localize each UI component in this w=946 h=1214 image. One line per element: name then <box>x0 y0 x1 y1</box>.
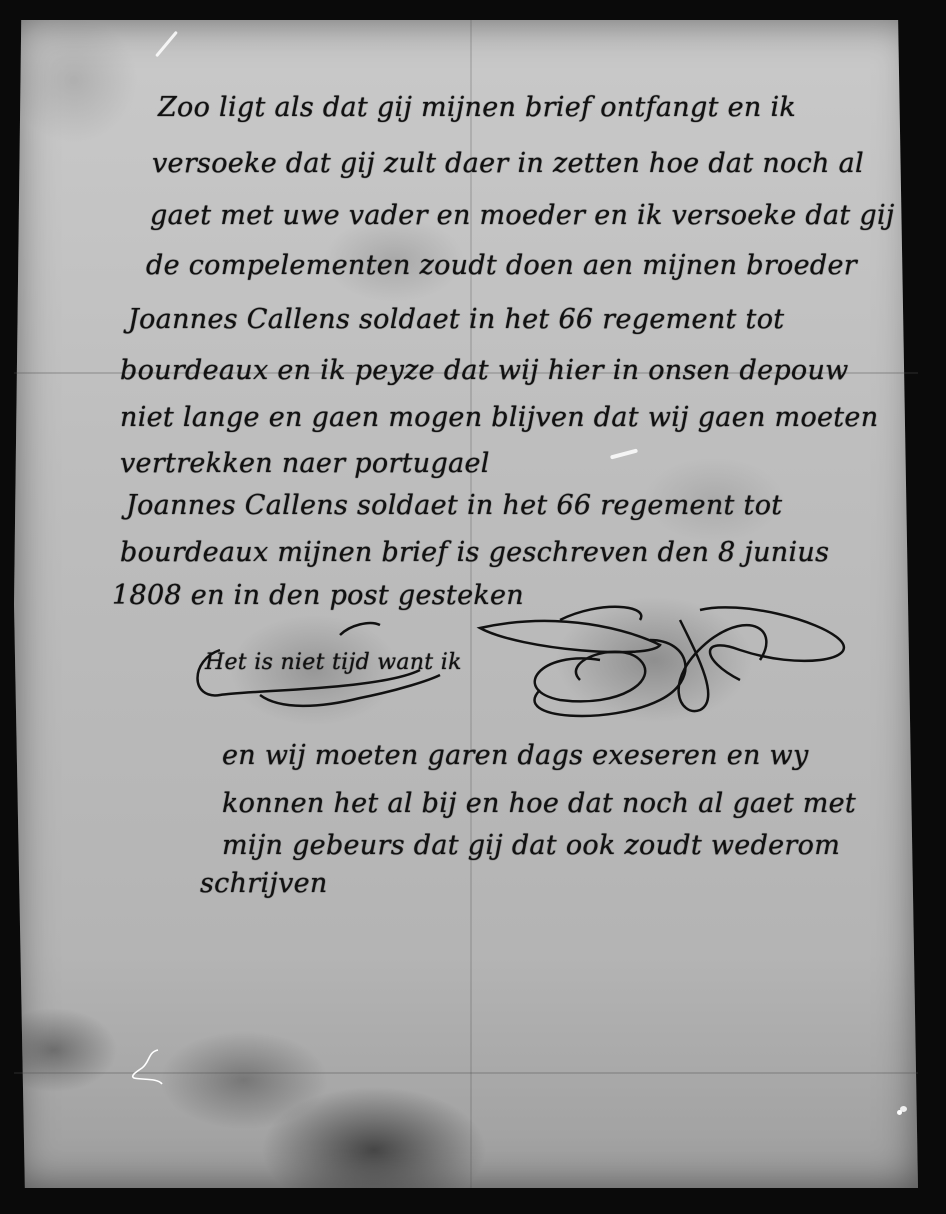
letter-line: konnen het al bij en hoe dat noch al gae… <box>222 788 856 819</box>
address-line: bourdeaux mijnen brief is geschreven den… <box>120 537 829 568</box>
letter-line: gaet met uwe vader en moeder en ik verso… <box>150 200 895 231</box>
letter-line: niet lange en gaen mogen blijven dat wij… <box>120 402 878 433</box>
letter-line: versoeke dat gij zult daer in zetten hoe… <box>152 148 864 179</box>
letter-line: schrijven <box>200 868 328 899</box>
letter-line: en wij moeten garen dags exeseren en wy <box>222 740 809 771</box>
letter-line: de compelementen zoudt doen aen mijnen b… <box>146 250 857 281</box>
signature-flourish-icon <box>180 600 880 740</box>
letter-line: mijn gebeurs dat gij dat ook zoudt weder… <box>222 830 840 861</box>
letter-line: Joannes Callens soldaet in het 66 regeme… <box>128 304 784 335</box>
letter-line: vertrekken naer portugael <box>120 448 490 479</box>
letter-line: Zoo ligt als dat gij mijnen brief ontfan… <box>158 92 796 123</box>
letter-line: bourdeaux en ik peyze dat wij hier in on… <box>120 355 849 386</box>
hair-scratch-icon <box>128 1048 168 1088</box>
address-line: Joannes Callens soldaet in het 66 regeme… <box>126 490 782 521</box>
dust-speck <box>897 1110 902 1115</box>
